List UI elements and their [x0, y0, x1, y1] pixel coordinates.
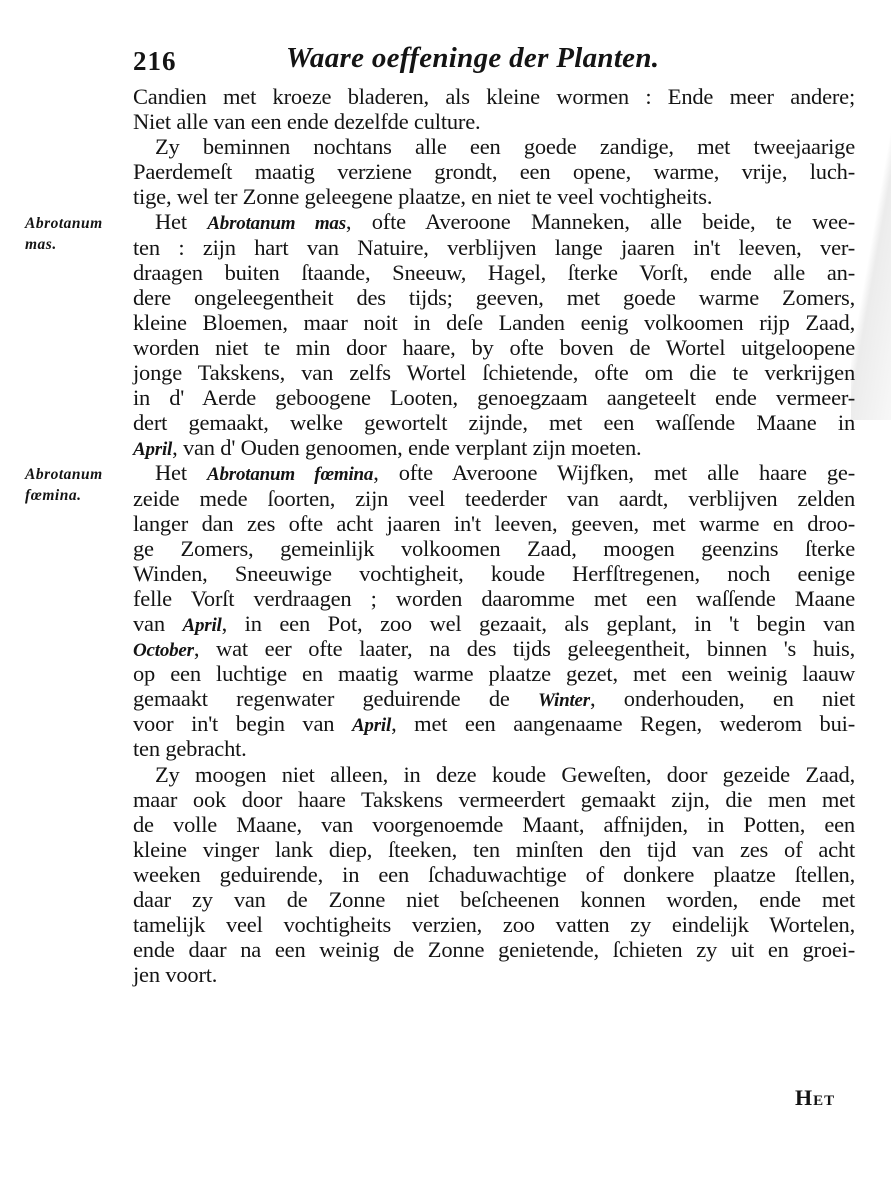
text-line: op een luchtige en maatig warme plaatze … — [133, 661, 855, 686]
text-run: , wat eer ofte laater, na des tijds gele… — [194, 636, 855, 661]
text-line: dere ongeleegentheit des tijds; geeven, … — [133, 285, 855, 310]
text-line: kleine vinger lank diep, ſteeken, ten mi… — [133, 837, 855, 862]
running-head: 216 Waare oeffeninge der Planten. — [133, 42, 853, 82]
text-line: Het Abrotanum mas, ofte Averoone Manneke… — [133, 209, 855, 234]
italic-term: April — [133, 439, 172, 460]
text-run: op een luchtige en maatig warme plaatze … — [133, 661, 855, 686]
text-line: zeide mede ſoorten, zijn veel teederder … — [133, 486, 855, 511]
text-line: October, wat eer ofte laater, na des tij… — [133, 636, 855, 661]
text-line: dert gemaakt, welke gewortelt zijnde, me… — [133, 410, 855, 435]
text-line: voor in't begin van April, met een aange… — [133, 711, 855, 736]
text-run: van — [133, 611, 183, 636]
text-run: , in een Pot, zoo wel gezaait, als gepla… — [222, 611, 855, 636]
text-line: Zy beminnen nochtans alle een goede zand… — [133, 134, 855, 159]
text-run: , onderhouden, en niet — [590, 686, 855, 711]
text-line: gemaakt regenwater geduirende de Winter,… — [133, 686, 855, 711]
text-line: tamelijk veel vochtigheits verzien, zoo … — [133, 912, 855, 937]
body-text: Candien met kroeze bladeren, als kleine … — [133, 84, 855, 987]
text-line: April, van d' Ouden genoomen, ende verpl… — [133, 435, 855, 460]
margin-note-abrotanum-mas: Abrotanum mas. — [25, 213, 103, 255]
text-line: ge Zomers, gemeinlijk volkoomen Zaad, mo… — [133, 536, 855, 561]
text-run: ten : zijn hart van Natuire, verblijven … — [133, 235, 855, 260]
running-title: Waare oeffeninge der Planten. — [286, 42, 659, 75]
text-run: tige, wel ter Zonne geleegene plaatze, e… — [133, 184, 712, 209]
text-line: Zy moogen niet alleen, in deze koude Gew… — [133, 762, 855, 787]
italic-term: April — [183, 615, 222, 636]
text-line: de volle Maane, van voorgenoemde Maant, … — [133, 812, 855, 837]
text-line: jen voort. — [133, 962, 855, 987]
text-run: Zy moogen niet alleen, in deze koude Gew… — [155, 762, 855, 787]
text-run: tamelijk veel vochtigheits verzien, zoo … — [133, 912, 855, 937]
text-line: ten gebracht. — [133, 736, 855, 761]
text-run: in d' Aerde geboogene Looten, genoegzaam… — [133, 385, 855, 410]
text-line: langer dan zes ofte acht jaaren in't lee… — [133, 511, 855, 536]
text-run: jonge Takskens, van zelfs Wortel ſchiete… — [133, 360, 855, 385]
text-line: tige, wel ter Zonne geleegene plaatze, e… — [133, 184, 855, 209]
text-run: zeide mede ſoorten, zijn veel teederder … — [133, 486, 855, 511]
italic-term: April — [352, 715, 391, 736]
text-line: jonge Takskens, van zelfs Wortel ſchiete… — [133, 360, 855, 385]
text-run: gemaakt regenwater geduirende de — [133, 686, 538, 711]
page-number: 216 — [133, 46, 177, 77]
text-line: Candien met kroeze bladeren, als kleine … — [133, 84, 855, 109]
text-run: felle Vorſt verdraagen ; worden daaromme… — [133, 586, 855, 611]
text-run: Zy beminnen nochtans alle een goede zand… — [155, 134, 855, 159]
text-line: felle Vorſt verdraagen ; worden daaromme… — [133, 586, 855, 611]
text-run: ge Zomers, gemeinlijk volkoomen Zaad, mo… — [133, 536, 855, 561]
margin-note-line: Abrotanum — [25, 464, 103, 485]
text-run: , van d' Ouden genoomen, ende verplant z… — [172, 435, 641, 460]
text-line: draagen buiten ſtaande, Sneeuw, Hagel, ſ… — [133, 260, 855, 285]
text-line: daar zy van de Zonne niet beſcheenen kon… — [133, 887, 855, 912]
italic-term: Abrotanum fœmina — [207, 464, 373, 485]
margin-note-abrotanum-foemina: Abrotanum fœmina. — [25, 464, 103, 506]
text-run: , ofte Averoone Manneken, alle beide, te… — [346, 209, 855, 234]
margin-note-line: mas. — [25, 234, 103, 255]
text-run: maar ook door haare Takskens vermeerdert… — [133, 787, 855, 812]
text-line: van April, in een Pot, zoo wel gezaait, … — [133, 611, 855, 636]
text-run: daar zy van de Zonne niet beſcheenen kon… — [133, 887, 855, 912]
text-run: voor in't begin van — [133, 711, 352, 736]
catchword: Het — [795, 1085, 835, 1111]
text-line: worden niet te min door haare, by ofte b… — [133, 335, 855, 360]
text-run: Het — [155, 209, 207, 234]
text-run: dert gemaakt, welke gewortelt zijnde, me… — [133, 410, 855, 435]
text-run: kleine vinger lank diep, ſteeken, ten mi… — [133, 837, 855, 862]
text-run: Het — [155, 460, 207, 485]
italic-term: October — [133, 640, 194, 661]
text-run: dere ongeleegentheit des tijds; geeven, … — [133, 285, 855, 310]
text-run: langer dan zes ofte acht jaaren in't lee… — [133, 511, 855, 536]
text-line: ten : zijn hart van Natuire, verblijven … — [133, 235, 855, 260]
text-run: Candien met kroeze bladeren, als kleine … — [133, 84, 855, 109]
text-run: weeken geduirende, in een ſchaduwachtige… — [133, 862, 855, 887]
page-edge-shadow — [851, 0, 891, 420]
italic-term: Winter — [538, 690, 590, 711]
text-run: Niet alle van een ende dezelfde culture. — [133, 109, 480, 134]
text-run: ende daar na een weinig de Zonne geniete… — [133, 937, 855, 962]
text-run: draagen buiten ſtaande, Sneeuw, Hagel, ſ… — [133, 260, 855, 285]
text-run: , met een aangenaame Regen, wederom bui- — [391, 711, 855, 736]
text-run: kleine Bloemen, maar noit in deſe Landen… — [133, 310, 855, 335]
text-line: ende daar na een weinig de Zonne geniete… — [133, 937, 855, 962]
text-line: Paerdemeſt maatig verziene grondt, een o… — [133, 159, 855, 184]
text-run: ten gebracht. — [133, 736, 247, 761]
text-line: Niet alle van een ende dezelfde culture. — [133, 109, 855, 134]
text-line: kleine Bloemen, maar noit in deſe Landen… — [133, 310, 855, 335]
text-line: maar ook door haare Takskens vermeerdert… — [133, 787, 855, 812]
text-run: Winden, Sneeuwige vochtigheit, koude Her… — [133, 561, 855, 586]
italic-term: Abrotanum mas — [207, 213, 346, 234]
margin-note-line: fœmina. — [25, 485, 103, 506]
margin-note-line: Abrotanum — [25, 213, 103, 234]
text-line: weeken geduirende, in een ſchaduwachtige… — [133, 862, 855, 887]
text-line: Het Abrotanum fœmina, ofte Averoone Wijf… — [133, 460, 855, 485]
text-run: Paerdemeſt maatig verziene grondt, een o… — [133, 159, 855, 184]
text-run: worden niet te min door haare, by ofte b… — [133, 335, 855, 360]
text-run: jen voort. — [133, 962, 217, 987]
text-line: in d' Aerde geboogene Looten, genoegzaam… — [133, 385, 855, 410]
text-run: , ofte Averoone Wijfken, met alle haare … — [373, 460, 855, 485]
text-line: Winden, Sneeuwige vochtigheit, koude Her… — [133, 561, 855, 586]
text-run: de volle Maane, van voorgenoemde Maant, … — [133, 812, 855, 837]
